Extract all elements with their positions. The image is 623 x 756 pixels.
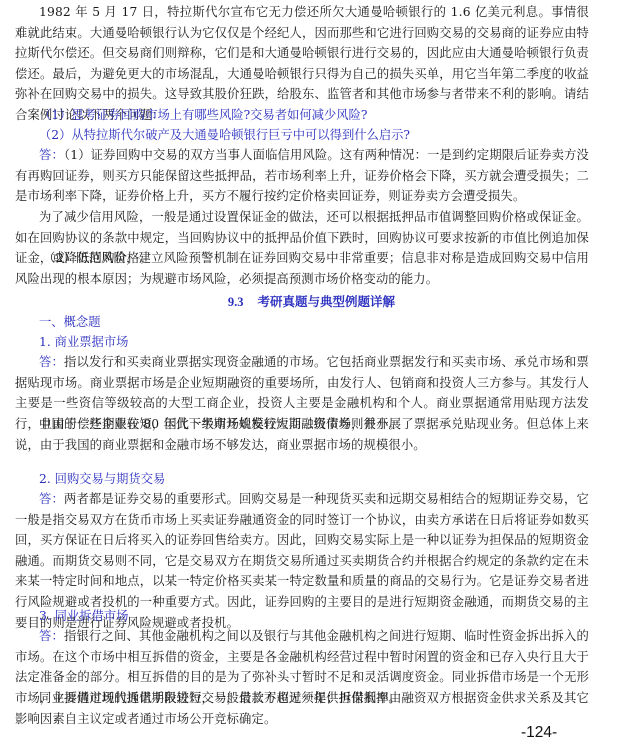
- section-title: 考研真题与典型例题详解: [258, 294, 396, 309]
- item-1-title: 1. 商业票据市场: [39, 332, 128, 352]
- section-heading: 9.3考研真题与典型例题详解: [0, 292, 623, 310]
- section-number: 9.3: [228, 295, 244, 309]
- document-page: 1982 年 5 月 17 日，特拉斯代尔宣布它无力偿还所欠大通曼哈顿银行的 1…: [0, 0, 623, 756]
- answer-label: 答：: [39, 492, 64, 506]
- answer-label: 答：: [39, 629, 64, 643]
- case-answer-paragraph-1: 答：（1）证券回购中交易的双方当事人面临信用风险。这有两种情况：一是到约定期限后…: [15, 145, 589, 207]
- page-number: -124-: [521, 724, 557, 742]
- answer-label: 答：: [39, 355, 64, 369]
- case-answer-paragraph-3: （2）防范风险，建立风险预警机制在证券回购交易中非常重要；信息非对称是造成回购交…: [15, 248, 589, 289]
- item-3-title: 3. 同业拆借市场: [39, 606, 128, 626]
- item-1-paragraph-2: 中国的一些企业在 80 年代下半期开始发行短期融资债券，并开展了票据承兑贴现业务…: [15, 414, 589, 455]
- answer-label: 答：: [39, 148, 64, 162]
- case-question-1: （1）思考证券回购市场上有哪些风险?交易者如何减少风险?: [39, 105, 367, 126]
- answer-text: （1）证券回购中交易的双方当事人面临信用风险。这有两种情况：一是到约定期限后证券…: [15, 148, 589, 203]
- item-3-paragraph-2: 同业拆借市场的拆借期限较短，一般最长不超过一年；拆借利率由融资双方根据资金供求关…: [15, 688, 589, 729]
- item-2-title: 2. 回购交易与期货交易: [39, 469, 165, 489]
- category-heading: 一、概念题: [39, 312, 101, 332]
- case-question-2: （2）从特拉斯代尔破产及大通曼哈顿银行巨亏中可以得到什么启示?: [39, 125, 410, 146]
